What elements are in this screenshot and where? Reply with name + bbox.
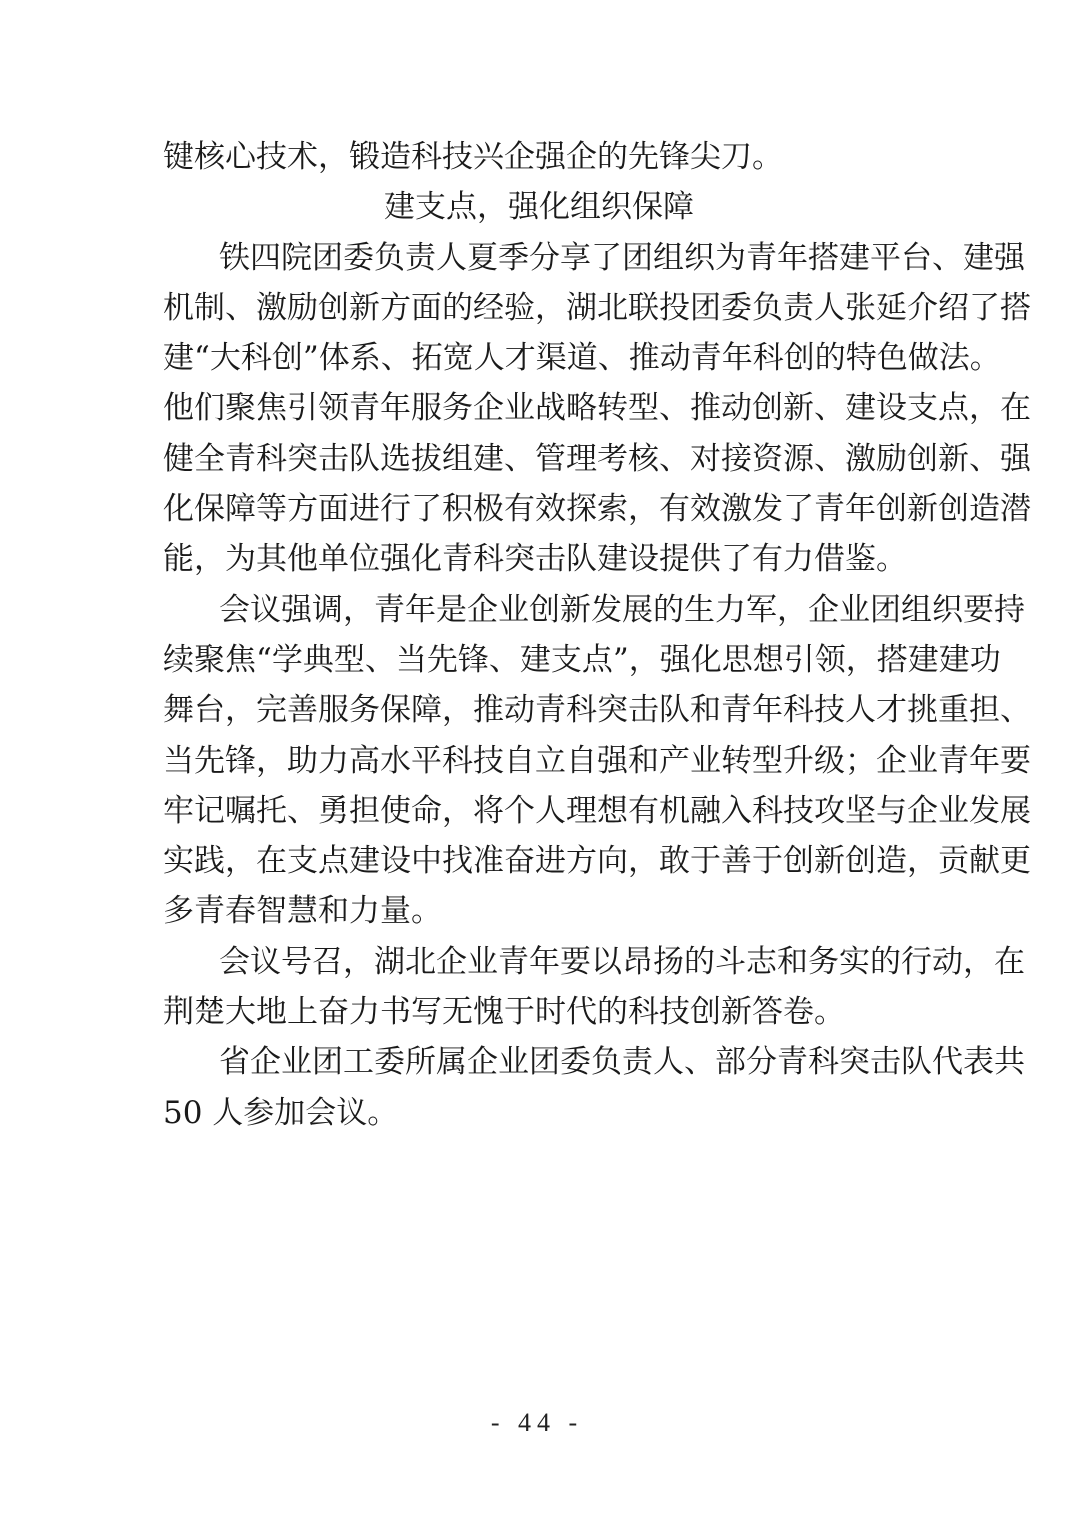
paragraph-line: 会议号召，湖北企业青年要以昂扬的斗志和务实的行动，在 bbox=[163, 937, 915, 987]
paragraph-line: 能，为其他单位强化青科突击队建设提供了有力借鉴。 bbox=[163, 534, 915, 584]
paragraph-line: 键核心技术，锻造科技兴企强企的先锋尖刀。 bbox=[163, 132, 915, 182]
page-number: - 44 - bbox=[0, 1408, 1074, 1438]
paragraph-line: 续聚焦“学典型、当先锋、建支点”，强化思想引领，搭建建功 bbox=[163, 635, 915, 685]
paragraph-line: 他们聚焦引领青年服务企业战略转型、推动创新、建设支点，在 bbox=[163, 383, 915, 433]
paragraph-line: 牢记嘱托、勇担使命，将个人理想有机融入科技攻坚与企业发展 bbox=[163, 786, 915, 836]
paragraph-line: 实践，在支点建设中找准奋进方向，敢于善于创新创造，贡献更 bbox=[163, 836, 915, 886]
paragraph-line: 会议强调，青年是企业创新发展的生力军，企业团组织要持 bbox=[163, 585, 915, 635]
paragraph-line: 多青春智慧和力量。 bbox=[163, 886, 915, 936]
paragraph-line: 健全青科突击队选拔组建、管理考核、对接资源、激励创新、强 bbox=[163, 434, 915, 484]
section-heading: 建支点，强化组织保障 bbox=[163, 182, 915, 232]
paragraph-line: 当先锋，助力高水平科技自立自强和产业转型升级；企业青年要 bbox=[163, 736, 915, 786]
paragraph-line: 机制、激励创新方面的经验，湖北联投团委负责人张延介绍了搭 bbox=[163, 283, 915, 333]
paragraph-line: 50 人参加会议。 bbox=[163, 1088, 915, 1138]
document-page-body: 键核心技术，锻造科技兴企强企的先锋尖刀。 建支点，强化组织保障 铁四院团委负责人… bbox=[163, 132, 915, 1138]
paragraph-line: 荆楚大地上奋力书写无愧于时代的科技创新答卷。 bbox=[163, 987, 915, 1037]
paragraph-line: 舞台，完善服务保障，推动青科突击队和青年科技人才挑重担、 bbox=[163, 685, 915, 735]
paragraph-line: 铁四院团委负责人夏季分享了团组织为青年搭建平台、建强 bbox=[163, 233, 915, 283]
paragraph-line: 省企业团工委所属企业团委负责人、部分青科突击队代表共 bbox=[163, 1037, 915, 1087]
paragraph-line: 建“大科创”体系、拓宽人才渠道、推动青年科创的特色做法。 bbox=[163, 333, 915, 383]
paragraph-line: 化保障等方面进行了积极有效探索，有效激发了青年创新创造潜 bbox=[163, 484, 915, 534]
